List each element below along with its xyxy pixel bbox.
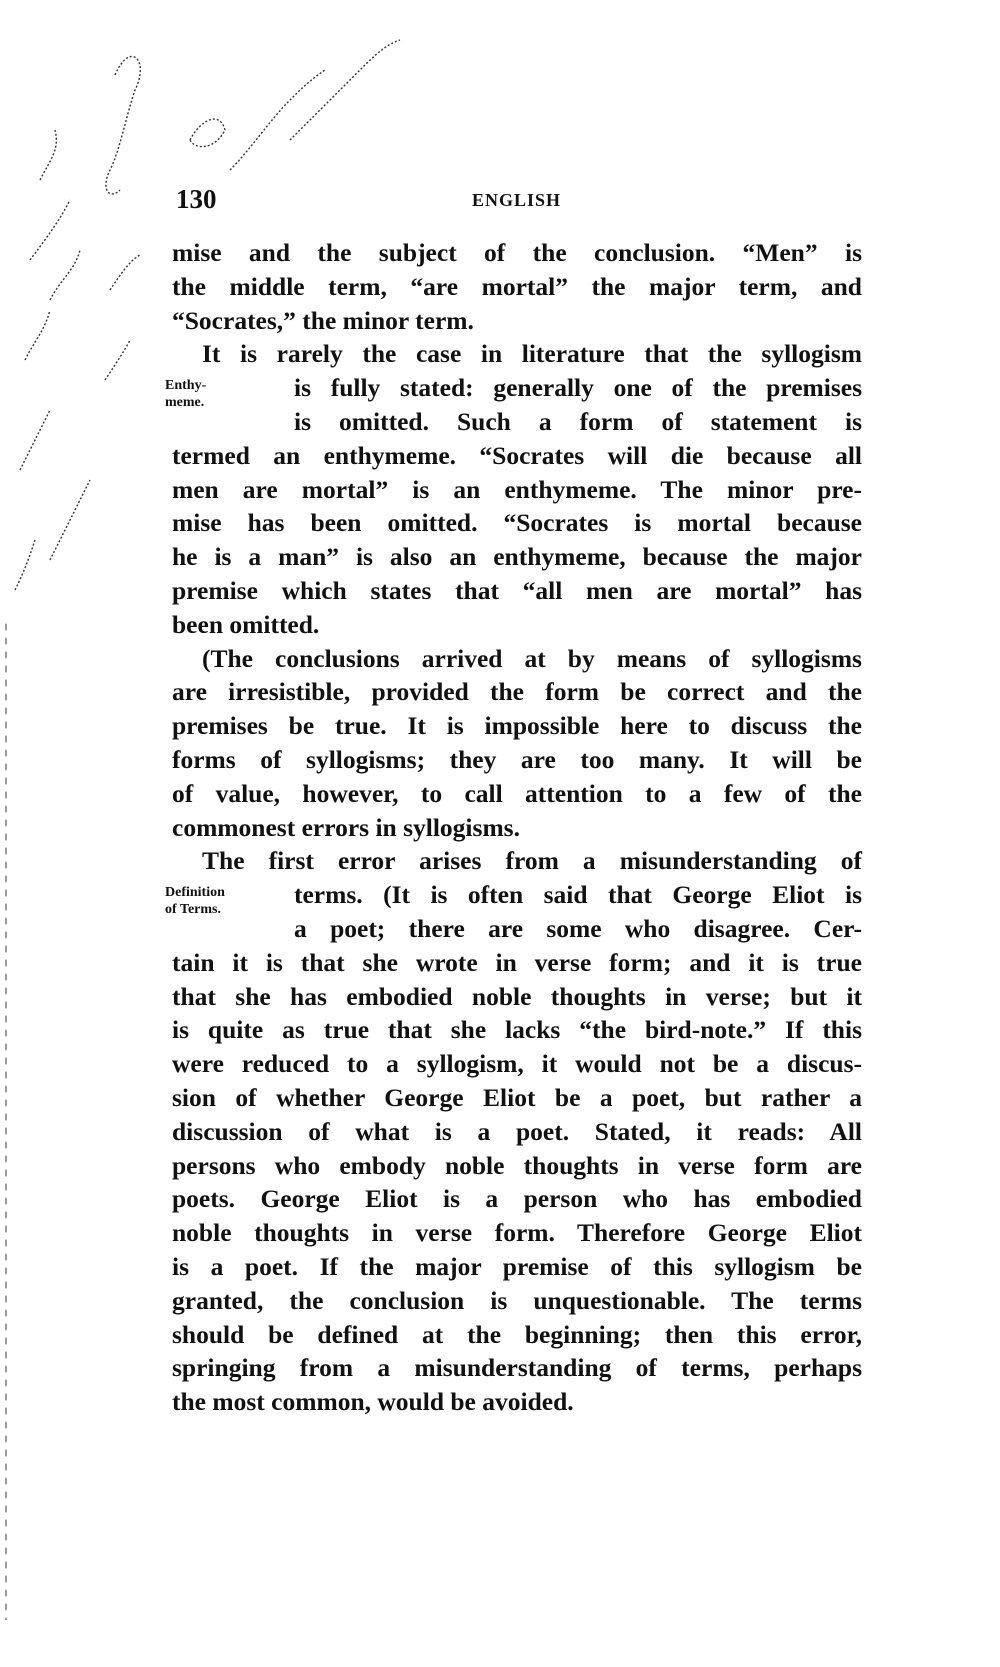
text-line: The first error arises from a misunderst… (172, 844, 862, 878)
text-line: is fully stated: generally one of the pr… (172, 371, 862, 405)
margin-note-line: of Terms. (165, 901, 225, 918)
text-line: It is rarely the case in literature that… (172, 337, 862, 371)
text-line: sion of whether George Eliot be a poet, … (172, 1081, 862, 1115)
text-line: commonest errors in syllogisms. (172, 811, 862, 845)
text-line: forms of syllogisms; they are too many. … (172, 743, 862, 777)
text-line: a poet; there are some who disagree. Cer… (172, 912, 862, 946)
text-line: persons who embody noble thoughts in ver… (172, 1149, 862, 1183)
text-line: premises be true. It is impossible here … (172, 709, 862, 743)
text-line: were reduced to a syllogism, it would no… (172, 1047, 862, 1081)
running-head: 130 ENGLISH (162, 184, 882, 220)
running-title: ENGLISH (472, 190, 561, 211)
text-line: noble thoughts in verse form. Therefore … (172, 1216, 862, 1250)
text-line: terms. (It is often said that George Eli… (172, 878, 862, 912)
text-line: of value, however, to call attention to … (172, 777, 862, 811)
book-page: 130 ENGLISH mise and the subject of the … (0, 0, 1000, 1667)
text-line: he is a man” is also an enthymeme, becau… (172, 540, 862, 574)
text-line: men are mortal” is an enthymeme. The min… (172, 473, 862, 507)
body-text: mise and the subject of the conclusion. … (172, 236, 862, 1419)
margin-note-enthymeme: Enthy- meme. (165, 377, 206, 411)
text-line: mise has been omitted. “Socrates is mort… (172, 506, 862, 540)
text-line: “Socrates,” the minor term. (172, 304, 862, 338)
text-line: the middle term, “are mortal” the major … (172, 270, 862, 304)
text-line: tain it is that she wrote in verse form;… (172, 946, 862, 980)
margin-note-definition-of-terms: Definition of Terms. (165, 884, 225, 918)
page-edge-speckle (4, 620, 8, 1620)
text-line: that she has embodied noble thoughts in … (172, 980, 862, 1014)
page-number: 130 (176, 184, 217, 215)
text-line: termed an enthymeme. “Socrates will die … (172, 439, 862, 473)
text-line: is quite as true that she lacks “the bir… (172, 1013, 862, 1047)
text-line: are irresistible, provided the form be c… (172, 675, 862, 709)
text-line: been omitted. (172, 608, 862, 642)
margin-note-line: Definition (165, 884, 225, 901)
text-line: poets. George Eliot is a person who has … (172, 1182, 862, 1216)
text-line: mise and the subject of the conclusion. … (172, 236, 862, 270)
paragraph-2: Enthy- meme. It is rarely the case in li… (172, 337, 862, 641)
margin-note-line: Enthy- (165, 377, 206, 394)
text-line: should be defined at the beginning; then… (172, 1318, 862, 1352)
text-line: the most common, would be avoided. (172, 1385, 862, 1419)
text-line: springing from a misunderstanding of ter… (172, 1351, 862, 1385)
text-line: (The conclusions arrived at by means of … (172, 642, 862, 676)
text-line: is omitted. Such a form of statement is (172, 405, 862, 439)
text-line: discussion of what is a poet. Stated, it… (172, 1115, 862, 1149)
paragraph-1: mise and the subject of the conclusion. … (172, 236, 862, 337)
margin-note-line: meme. (165, 394, 206, 411)
paragraph-3: (The conclusions arrived at by means of … (172, 642, 862, 845)
text-line: premise which states that “all men are m… (172, 574, 862, 608)
text-line: granted, the conclusion is unquestionabl… (172, 1284, 862, 1318)
paragraph-4: Definition of Terms. The first error ari… (172, 844, 862, 1419)
text-line: is a poet. If the major premise of this … (172, 1250, 862, 1284)
